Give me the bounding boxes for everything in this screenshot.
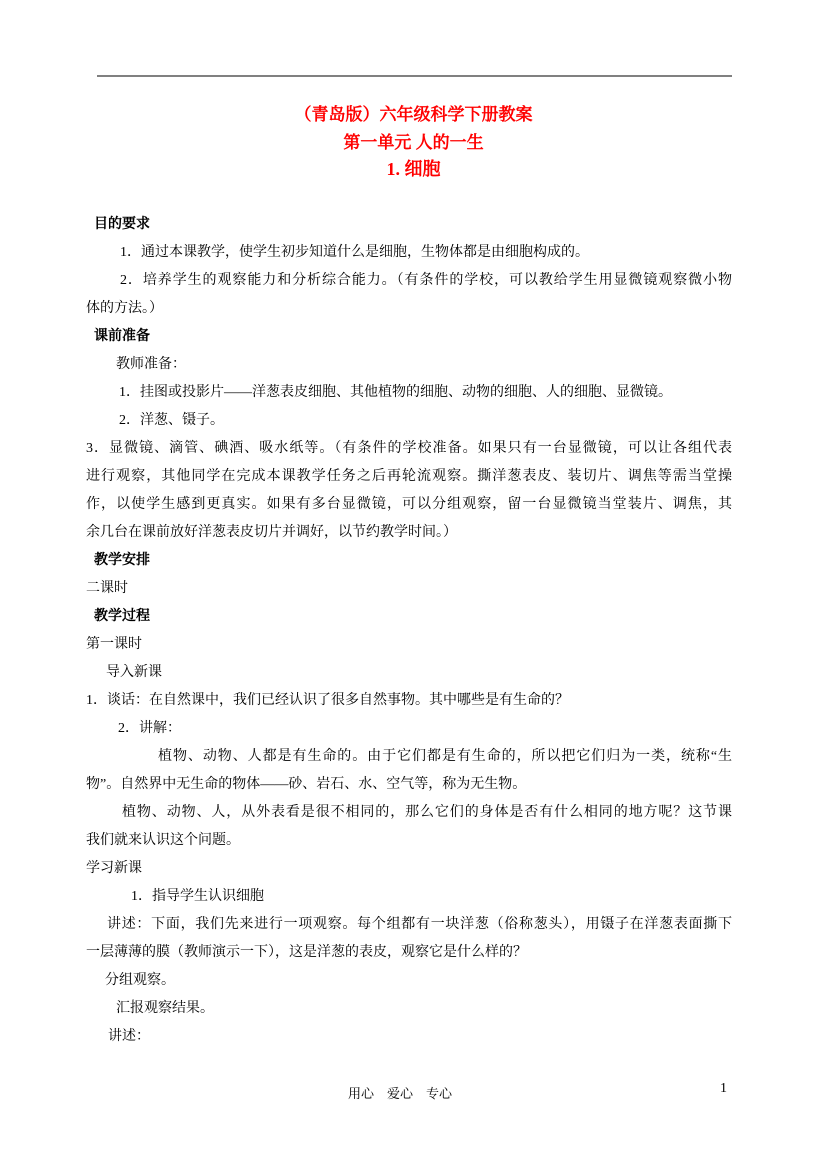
doc-line: 3．显微镜、滴管、碘酒、吸水纸等。（有条件的学校准备。如果只有一台显微镜，可以让… bbox=[86, 435, 732, 463]
doc-line: 我们就来认识这个问题。 bbox=[86, 827, 732, 855]
document-page: （青岛版）六年级科学下册教案 第一单元 人的一生 1. 细胞 目的要求 1．通过… bbox=[0, 0, 827, 1170]
header-rule bbox=[97, 75, 732, 77]
doc-line: 作，以使学生感到更真实。如果有多台显微镜，可以分组观察，留一台显微镜当堂装片、调… bbox=[86, 491, 732, 519]
doc-line: 植物、动物、人都是有生命的。由于它们都是有生命的，所以把它们归为一类，统称“生 bbox=[86, 743, 732, 771]
doc-line: 植物、动物、人，从外表看是很不相同的，那么它们的身体是否有什么相同的地方呢？这节… bbox=[86, 799, 732, 827]
document-title-block: （青岛版）六年级科学下册教案 第一单元 人的一生 1. 细胞 bbox=[0, 101, 827, 184]
section-heading: 教学过程 bbox=[86, 603, 732, 631]
doc-line: 讲述： bbox=[86, 1023, 732, 1051]
section-heading: 教学安排 bbox=[86, 547, 732, 575]
doc-line: 讲述：下面，我们先来进行一项观察。每个组都有一块洋葱（俗称葱头），用镊子在洋葱表… bbox=[86, 911, 732, 939]
doc-line: 进行观察，其他同学在完成本课教学任务之后再轮流观察。撕洋葱表皮、装切片、调焦等需… bbox=[86, 463, 732, 491]
doc-line: 2．洋葱、镊子。 bbox=[86, 407, 732, 435]
doc-line: 1．挂图或投影片——洋葱表皮细胞、其他植物的细胞、动物的细胞、人的细胞、显微镜。 bbox=[86, 379, 732, 407]
unit-title: 第一单元 人的一生 bbox=[0, 129, 827, 157]
doc-line: 2．讲解： bbox=[86, 715, 732, 743]
section-heading: 课前准备 bbox=[86, 323, 732, 351]
section-heading: 目的要求 bbox=[86, 211, 732, 239]
doc-line: 教师准备： bbox=[86, 351, 732, 379]
doc-line: 1．指导学生认识细胞 bbox=[86, 883, 732, 911]
doc-line: 二课时 bbox=[86, 575, 732, 603]
lesson-title: 1. 细胞 bbox=[0, 156, 827, 184]
page-number: 1 bbox=[720, 1081, 727, 1097]
doc-line: 体的方法。） bbox=[86, 295, 732, 323]
doc-line: 一层薄薄的膜（教师演示一下），这是洋葱的表皮，观察它是什么样的？ bbox=[86, 939, 732, 967]
doc-line: 分组观察。 bbox=[86, 967, 732, 995]
doc-line: 第一课时 bbox=[86, 631, 732, 659]
doc-line: 余几台在课前放好洋葱表皮切片并调好，以节约教学时间。） bbox=[86, 519, 732, 547]
doc-line: 1．谈话：在自然课中，我们已经认识了很多自然事物。其中哪些是有生命的？ bbox=[86, 687, 732, 715]
document-title: （青岛版）六年级科学下册教案 bbox=[0, 101, 827, 129]
doc-line: 物”。自然界中无生命的物体——砂、岩石、水、空气等，称为无生物。 bbox=[86, 771, 732, 799]
doc-line: 1．通过本课教学，使学生初步知道什么是细胞，生物体都是由细胞构成的。 bbox=[86, 239, 732, 267]
doc-line: 导入新课 bbox=[86, 659, 732, 687]
footer-motto: 用心 爱心 专心 bbox=[348, 1083, 452, 1102]
doc-line: 学习新课 bbox=[86, 855, 732, 883]
doc-line: 汇报观察结果。 bbox=[86, 995, 732, 1023]
doc-line: 2．培养学生的观察能力和分析综合能力。（有条件的学校，可以教给学生用显微镜观察微… bbox=[86, 267, 732, 295]
document-body: 目的要求 1．通过本课教学，使学生初步知道什么是细胞，生物体都是由细胞构成的。 … bbox=[86, 211, 732, 1051]
